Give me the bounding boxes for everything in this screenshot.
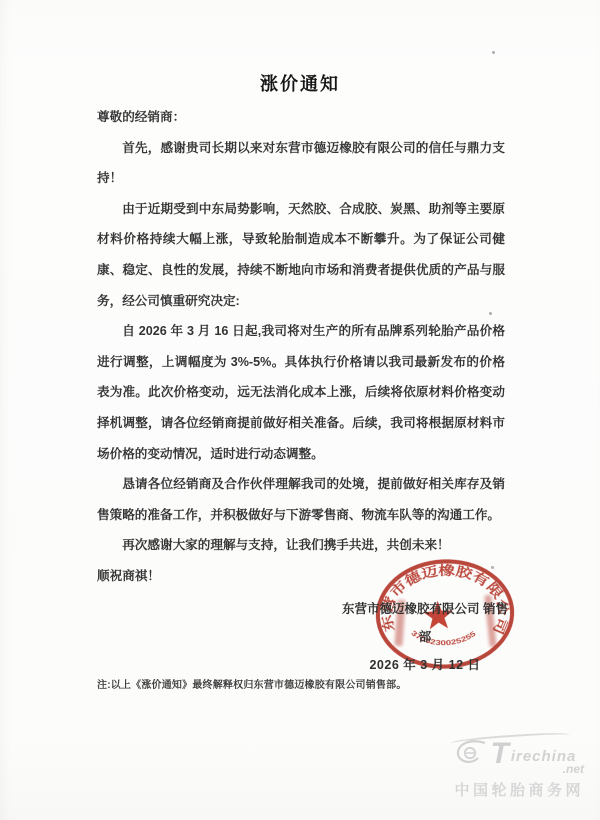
tirechina-watermark: T irechina .net 中国轮胎商务网 — [454, 737, 584, 800]
watermark-site-name: 中国轮胎商务网 — [454, 779, 584, 800]
scan-speck — [492, 51, 495, 54]
signature-date: 2026 年 3 月 12 日 — [336, 651, 514, 679]
page-title: 涨价通知 — [0, 70, 600, 96]
signature-block: 东营市德迈橡胶有限公司 销售部 2026 年 3 月 12 日 — [336, 595, 514, 679]
paragraph: 由于近期受到中东局势影响，天然胶、合成胶、炭黑、助剂等主要原材料价格持续大幅上涨… — [97, 194, 505, 316]
watermark-logo-t: T — [490, 743, 508, 766]
salutation: 尊敬的经销商： — [97, 102, 505, 133]
paragraph: 首先，感谢贵司长期以来对东营市德迈橡胶有限公司的信任与鼎力支持！ — [97, 133, 505, 194]
scanned-letter-page: 涨价通知 尊敬的经销商： 首先，感谢贵司长期以来对东营市德迈橡胶有限公司的信任与… — [0, 0, 600, 820]
paragraph: 自 2026 年 3 月 16 日起,我司将对生产的所有品牌系列轮胎产品价格进行… — [97, 316, 505, 469]
signature-company: 东营市德迈橡胶有限公司 销售部 — [336, 595, 514, 651]
paragraph: 恳请各位经销商及合作伙伴理解我司的处境，提前做好相关库存及销售策略的准备工作，并… — [97, 469, 505, 530]
letter-body: 尊敬的经销商： 首先，感谢贵司长期以来对东营市德迈橡胶有限公司的信任与鼎力支持！… — [97, 102, 505, 592]
scan-speck — [489, 312, 492, 315]
